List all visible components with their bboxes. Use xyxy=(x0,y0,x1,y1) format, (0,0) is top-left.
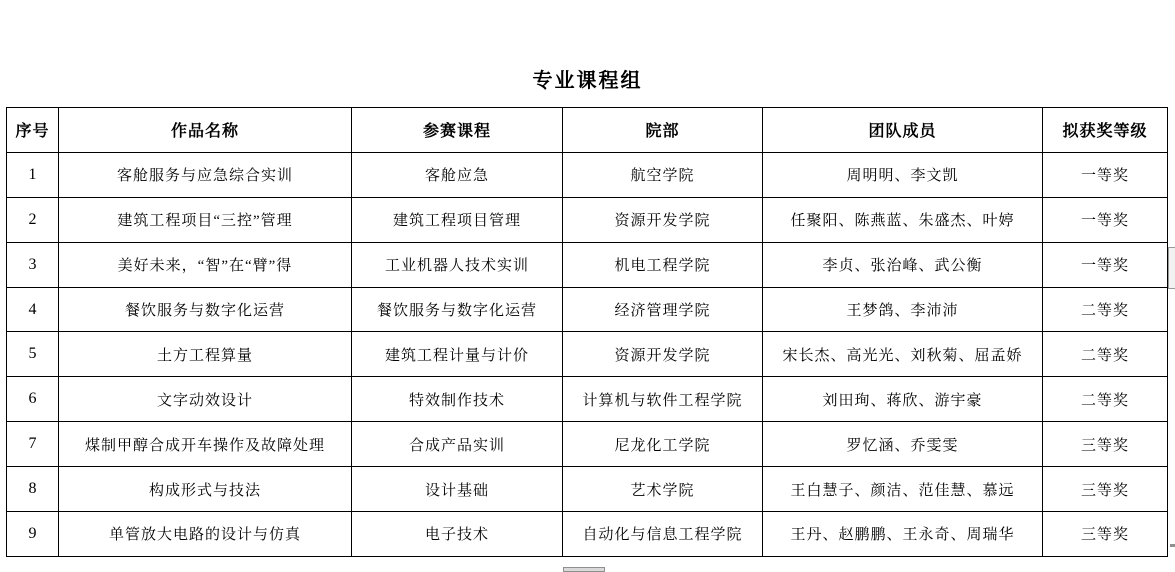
cell-course: 建筑工程计量与计价 xyxy=(352,332,563,377)
cell-course: 特效制作技术 xyxy=(352,377,563,422)
cell-department: 尼龙化工学院 xyxy=(563,422,763,467)
cell-index: 7 xyxy=(7,422,59,467)
cell-award: 一等奖 xyxy=(1043,197,1168,242)
cell-members: 王丹、赵鹏鹏、王永奇、周瑞华 xyxy=(763,512,1043,557)
cell-members: 罗忆涵、乔雯雯 xyxy=(763,422,1043,467)
cell-work-name: 构成形式与技法 xyxy=(59,467,352,512)
cell-award: 一等奖 xyxy=(1043,152,1168,197)
cell-index: 1 xyxy=(7,152,59,197)
cell-index: 9 xyxy=(7,512,59,557)
cell-work-name: 餐饮服务与数字化运营 xyxy=(59,287,352,332)
cell-members: 王白慧子、颜洁、范佳慧、慕远 xyxy=(763,467,1043,512)
table-row: 7煤制甲醇合成开车操作及故障处理合成产品实训尼龙化工学院罗忆涵、乔雯雯三等奖 xyxy=(7,422,1168,467)
table-row: 5土方工程算量建筑工程计量与计价资源开发学院宋长杰、高光光、刘秋菊、屈孟娇二等奖 xyxy=(7,332,1168,377)
cell-index: 8 xyxy=(7,467,59,512)
cell-course: 建筑工程项目管理 xyxy=(352,197,563,242)
cropped-cell-fragment-right xyxy=(1168,247,1175,289)
cell-course: 合成产品实训 xyxy=(352,422,563,467)
cell-award: 一等奖 xyxy=(1043,242,1168,287)
cell-members: 任聚阳、陈燕蓝、朱盛杰、叶婷 xyxy=(763,197,1043,242)
award-table: 序号作品名称参赛课程院部团队成员拟获奖等级 1客舱服务与应急综合实训客舱应急航空… xyxy=(6,107,1168,557)
cropped-cell-fragment-bottom xyxy=(563,567,605,572)
cell-index: 3 xyxy=(7,242,59,287)
cell-work-name: 文字动效设计 xyxy=(59,377,352,422)
cell-index: 5 xyxy=(7,332,59,377)
cell-index: 6 xyxy=(7,377,59,422)
cell-work-name: 土方工程算量 xyxy=(59,332,352,377)
table-row: 6文字动效设计特效制作技术计算机与软件工程学院刘田珣、蒋欣、游宇豪二等奖 xyxy=(7,377,1168,422)
cell-members: 宋长杰、高光光、刘秋菊、屈孟娇 xyxy=(763,332,1043,377)
cell-members: 刘田珣、蒋欣、游宇豪 xyxy=(763,377,1043,422)
cell-work-name: 客舱服务与应急综合实训 xyxy=(59,152,352,197)
cell-department: 经济管理学院 xyxy=(563,287,763,332)
page-title: 专业课程组 xyxy=(0,64,1175,93)
table-row: 8构成形式与技法设计基础艺术学院王白慧子、颜洁、范佳慧、慕远三等奖 xyxy=(7,467,1168,512)
cell-course: 设计基础 xyxy=(352,467,563,512)
cell-department: 艺术学院 xyxy=(563,467,763,512)
column-header-0: 序号 xyxy=(7,108,59,153)
table-header-row: 序号作品名称参赛课程院部团队成员拟获奖等级 xyxy=(7,108,1168,153)
column-header-2: 参赛课程 xyxy=(352,108,563,153)
cell-department: 资源开发学院 xyxy=(563,332,763,377)
cell-index: 4 xyxy=(7,287,59,332)
cell-course: 电子技术 xyxy=(352,512,563,557)
cell-department: 资源开发学院 xyxy=(563,197,763,242)
cell-award: 二等奖 xyxy=(1043,287,1168,332)
table-row: 2建筑工程项目“三控”管理建筑工程项目管理资源开发学院任聚阳、陈燕蓝、朱盛杰、叶… xyxy=(7,197,1168,242)
column-header-3: 院部 xyxy=(563,108,763,153)
table-row: 1客舱服务与应急综合实训客舱应急航空学院周明明、李文凯一等奖 xyxy=(7,152,1168,197)
cell-course: 工业机器人技术实训 xyxy=(352,242,563,287)
cell-members: 李贞、张治峰、武公衡 xyxy=(763,242,1043,287)
cell-award: 二等奖 xyxy=(1043,377,1168,422)
cell-award: 二等奖 xyxy=(1043,332,1168,377)
cell-department: 机电工程学院 xyxy=(563,242,763,287)
column-header-1: 作品名称 xyxy=(59,108,352,153)
cell-members: 王梦鸽、李沛沛 xyxy=(763,287,1043,332)
table-row: 4餐饮服务与数字化运营餐饮服务与数字化运营经济管理学院王梦鸽、李沛沛二等奖 xyxy=(7,287,1168,332)
cell-award: 三等奖 xyxy=(1043,422,1168,467)
column-header-4: 团队成员 xyxy=(763,108,1043,153)
cell-award: 三等奖 xyxy=(1043,512,1168,557)
table-row: 9单管放大电路的设计与仿真电子技术自动化与信息工程学院王丹、赵鹏鹏、王永奇、周瑞… xyxy=(7,512,1168,557)
cell-department: 自动化与信息工程学院 xyxy=(563,512,763,557)
cell-course: 客舱应急 xyxy=(352,152,563,197)
cell-department: 航空学院 xyxy=(563,152,763,197)
cropped-fragment-tick xyxy=(1170,544,1175,547)
cell-work-name: 单管放大电路的设计与仿真 xyxy=(59,512,352,557)
column-header-5: 拟获奖等级 xyxy=(1043,108,1168,153)
cell-work-name: 煤制甲醇合成开车操作及故障处理 xyxy=(59,422,352,467)
cell-department: 计算机与软件工程学院 xyxy=(563,377,763,422)
cell-index: 2 xyxy=(7,197,59,242)
cell-award: 三等奖 xyxy=(1043,467,1168,512)
table-row: 3美好未来，“智”在“臂”得工业机器人技术实训机电工程学院李贞、张治峰、武公衡一… xyxy=(7,242,1168,287)
cell-work-name: 建筑工程项目“三控”管理 xyxy=(59,197,352,242)
cell-course: 餐饮服务与数字化运营 xyxy=(352,287,563,332)
cell-work-name: 美好未来，“智”在“臂”得 xyxy=(59,242,352,287)
cell-members: 周明明、李文凯 xyxy=(763,152,1043,197)
